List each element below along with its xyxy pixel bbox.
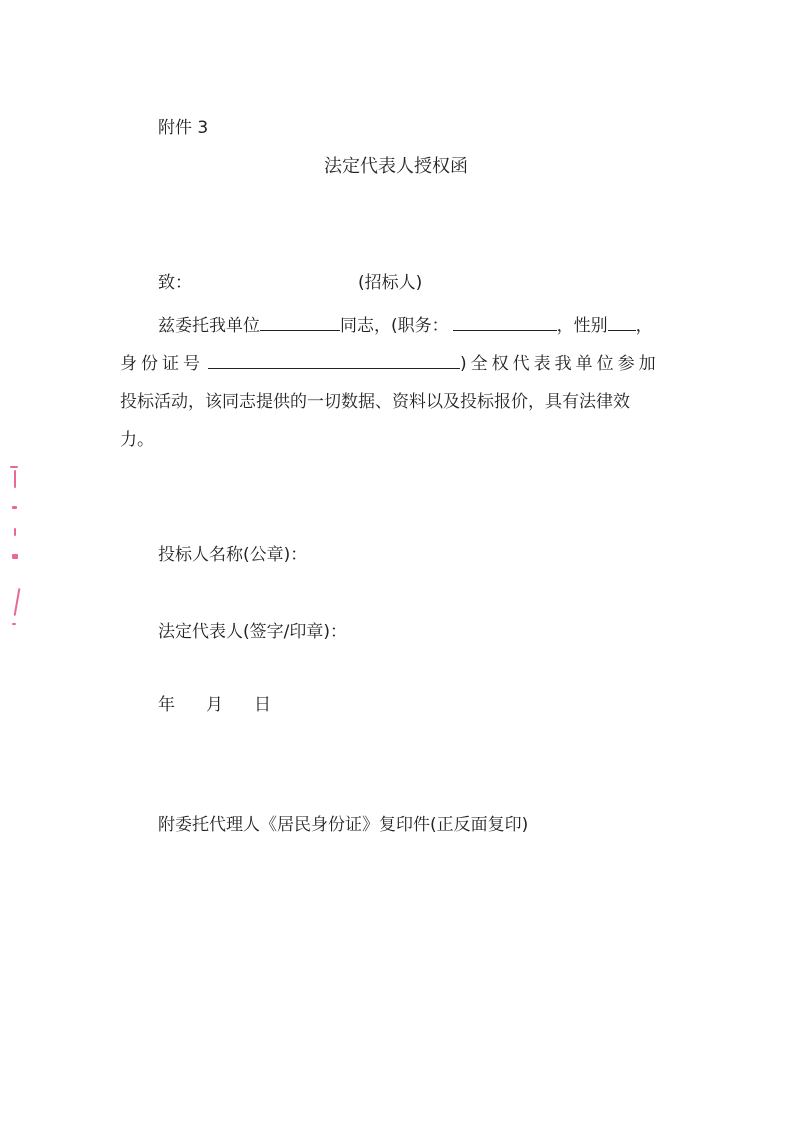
paragraph-line-3: 投标活动，该同志提供的一切数据、资料以及投标报价，具有法律效 <box>120 392 630 412</box>
attachment-note: 附委托代理人《居民身份证》复印件(正反面复印) <box>158 815 528 835</box>
gender-blank[interactable] <box>608 314 636 331</box>
bidder-name-label: 投标人名称(公章)： <box>158 545 307 565</box>
paragraph-line-2: 身份证号)全权代表我单位参加 <box>120 352 660 374</box>
to-suffix: (招标人) <box>358 273 422 293</box>
unit-name-blank[interactable] <box>260 314 340 331</box>
paragraph-line-1: 兹委托我单位同志，(职务：，性别， <box>158 314 653 336</box>
attachment-label: 附件 3 <box>158 118 208 138</box>
line2-text-a: 身份证号 <box>120 354 204 374</box>
seal-stamp-edge <box>6 458 26 628</box>
line2-text-b: )全权代表我单位参加 <box>460 354 660 374</box>
id-number-blank[interactable] <box>208 352 460 369</box>
document-title: 法定代表人授权函 <box>324 157 468 177</box>
to-prefix: 致： <box>158 273 192 293</box>
line1-text-b: 同志，(职务： <box>340 316 449 336</box>
paragraph-line-4: 力。 <box>120 430 154 450</box>
legal-rep-label: 法定代表人(签字/印章)： <box>158 622 347 642</box>
date-month: 月 <box>206 695 223 715</box>
position-blank[interactable] <box>453 314 557 331</box>
date-day: 日 <box>254 695 271 715</box>
line1-text-a: 兹委托我单位 <box>158 316 260 336</box>
line1-text-c: ，性别 <box>557 316 608 336</box>
line1-text-d: ， <box>636 316 653 336</box>
date-year: 年 <box>158 695 175 715</box>
